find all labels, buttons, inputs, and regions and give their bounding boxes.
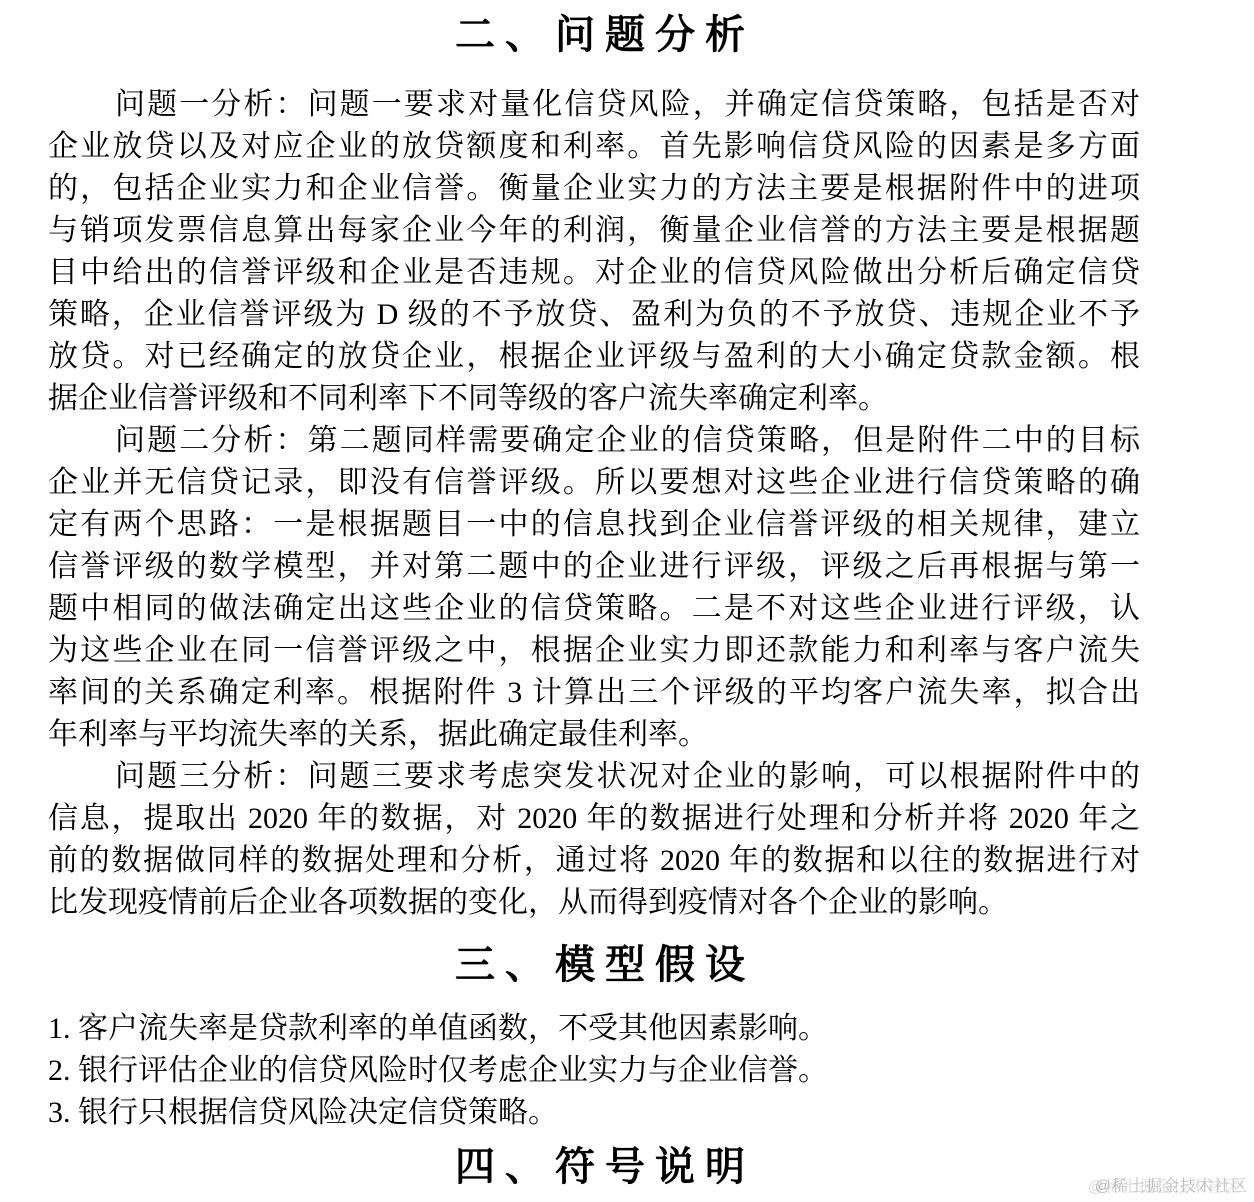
text-line: 的，包括企业实力和企业信誉。衡量企业实力的方法主要是根据附件中的进项 xyxy=(48,168,1140,210)
page: { "document": { "headings": { "problem_a… xyxy=(0,0,1254,1202)
assumption-item: 2. 银行评估企业的信贷风险时仅考虑企业实力与企业信誉。 xyxy=(48,1050,1140,1092)
assumption-item: 3. 银行只根据信贷风险决定信贷策略。 xyxy=(48,1092,1140,1134)
text-line: 信息，提取出 2020 年的数据，对 2020 年的数据进行处理和分析并将 20… xyxy=(48,798,1140,840)
text-line: 据企业信誉评级和不同利率下不同等级的客户流失率确定利率。 xyxy=(48,378,1140,420)
text-line: 比发现疫情前后企业各项数据的变化，从而得到疫情对各个企业的影响。 xyxy=(48,882,1140,924)
text-line: 信誉评级的数学模型，并对第二题中的企业进行评级，评级之后再根据与第一 xyxy=(48,546,1140,588)
paragraph-problem-2-analysis: 问题二分析：第二题同样需要确定企业的信贷策略，但是附件二中的目标 企业并无信贷记… xyxy=(48,420,1140,756)
text-line: 前的数据做同样的数据处理和分析，通过将 2020 年的数据和以往的数据进行对 xyxy=(48,840,1140,882)
text-line: 放贷。对已经确定的放贷企业，根据企业评级与盈利的大小确定贷款金额。根 xyxy=(48,336,1140,378)
text-line: 定有两个思路：一是根据题目一中的信息找到企业信誉评级的相关规律，建立 xyxy=(48,504,1140,546)
watermark: @稀土掘金技术社区 xyxy=(1095,1173,1248,1196)
text-line: 目中给出的信誉评级和企业是否违规。对企业的信贷风险做出分析后确定信贷 xyxy=(48,252,1140,294)
section-heading-model-assumptions: 三、模型假设 xyxy=(59,942,1151,988)
text-line: 问题二分析：第二题同样需要确定企业的信贷策略，但是附件二中的目标 xyxy=(48,420,1140,462)
paragraph-problem-1-analysis: 问题一分析：问题一要求对量化信贷风险，并确定信贷策略，包括是否对 企业放贷以及对… xyxy=(48,84,1140,420)
text-line: 问题一分析：问题一要求对量化信贷风险，并确定信贷策略，包括是否对 xyxy=(48,84,1140,126)
text-line: 率间的关系确定利率。根据附件 3 计算出三个评级的平均客户流失率，拟合出 xyxy=(48,672,1140,714)
document-body: 二、问题分析 问题一分析：问题一要求对量化信贷风险，并确定信贷策略，包括是否对 … xyxy=(48,0,1140,1190)
section-heading-problem-analysis: 二、问题分析 xyxy=(59,10,1151,60)
paragraph-problem-3-analysis: 问题三分析：问题三要求考虑突发状况对企业的影响，可以根据附件中的 信息，提取出 … xyxy=(48,756,1140,924)
assumption-item: 1. 客户流失率是贷款利率的单值函数，不受其他因素影响。 xyxy=(48,1008,1140,1050)
text-line: 年利率与平均流失率的关系，据此确定最佳利率。 xyxy=(48,714,1140,756)
text-line: 策略，企业信誉评级为 D 级的不予放贷、盈利为负的不予放贷、违规企业不予 xyxy=(48,294,1140,336)
assumption-list: 1. 客户流失率是贷款利率的单值函数，不受其他因素影响。 2. 银行评估企业的信… xyxy=(48,1008,1140,1134)
text-line: 题中相同的做法确定出这些企业的信贷策略。二是不对这些企业进行评级，认 xyxy=(48,588,1140,630)
text-line: 与销项发票信息算出每家企业今年的利润，衡量企业信誉的方法主要是根据题 xyxy=(48,210,1140,252)
text-line: 企业放贷以及对应企业的放贷额度和利率。首先影响信贷风险的因素是多方面 xyxy=(48,126,1140,168)
text-line: 问题三分析：问题三要求考虑突发状况对企业的影响，可以根据附件中的 xyxy=(48,756,1140,798)
text-line: 企业并无信贷记录，即没有信誉评级。所以要想对这些企业进行信贷策略的确 xyxy=(48,462,1140,504)
section-heading-symbol-description: 四、符号说明 xyxy=(59,1144,1151,1190)
text-line: 为这些企业在同一信誉评级之中，根据企业实力即还款能力和利率与客户流失 xyxy=(48,630,1140,672)
